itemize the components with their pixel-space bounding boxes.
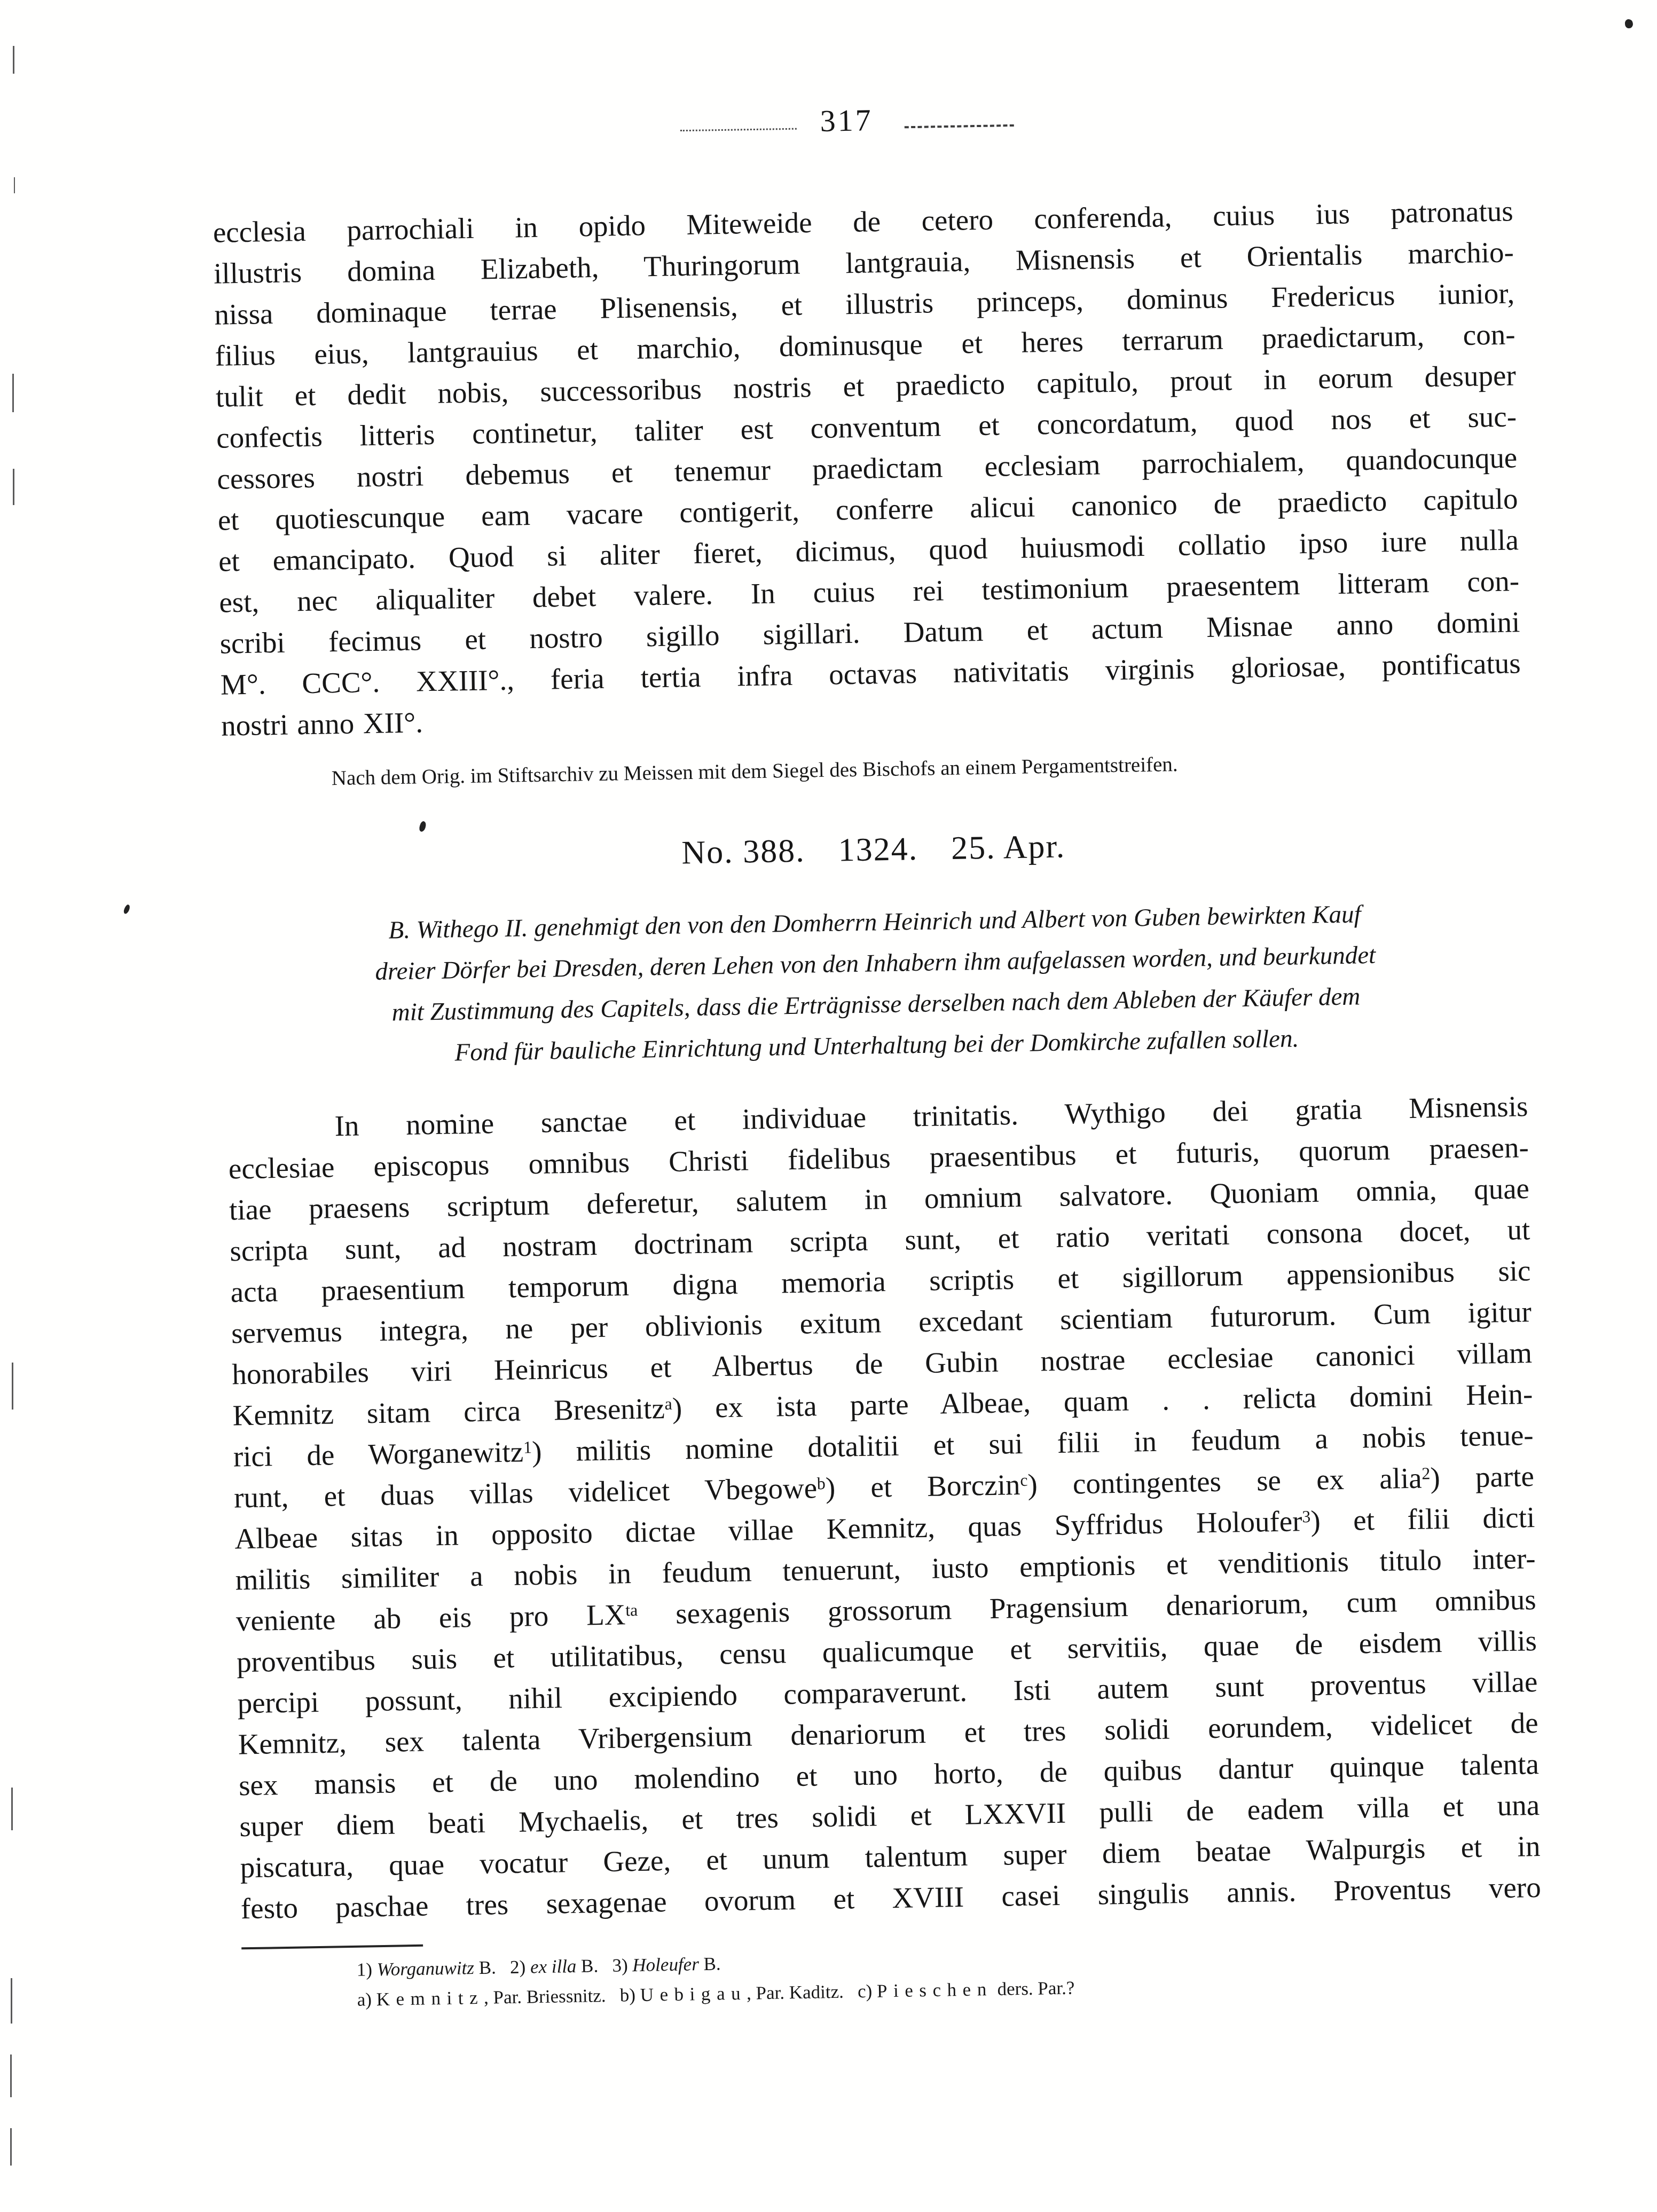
charter-387-continuation: ecclesia parrochiali in opido Miteweide … — [213, 190, 1521, 746]
charter-number: No. 388. — [681, 830, 806, 875]
scan-artifact — [13, 46, 14, 74]
scan-artifact — [123, 904, 131, 915]
scan-artifact — [10, 2128, 12, 2166]
scan-artifact — [13, 469, 14, 505]
footnote-rule — [241, 1945, 423, 1950]
scanned-book-page: 317 ecclesia parrochiali in opido Mitewe… — [0, 0, 1657, 2212]
footnote-ref: c — [1020, 1471, 1028, 1490]
scan-artifact — [11, 1978, 12, 2024]
source-note: Nach dem Orig. im Stiftsarchiv zu Meisse… — [331, 744, 1522, 793]
scan-artifact — [14, 177, 15, 193]
scan-artifact — [12, 1363, 13, 1410]
page-header: 317 — [211, 92, 1512, 148]
footnote-ref: a — [664, 1395, 672, 1413]
charter-heading: No. 388. 1324. 25. Apr. — [223, 817, 1524, 881]
page-number-dash-right — [905, 124, 1014, 128]
footnote-ref: ta — [625, 1601, 638, 1619]
scan-artifact — [11, 1788, 13, 1830]
footnote-ref: 3 — [1302, 1507, 1311, 1526]
footnotes: 1) Worganuwitz B. 2) ex illa B. 3) Holeu… — [356, 1935, 1543, 2015]
scan-artifact — [10, 2054, 12, 2097]
page-number: 317 — [820, 103, 873, 138]
page-content: 317 ecclesia parrochiali in opido Mitewe… — [209, 0, 1543, 2017]
scan-artifact — [12, 374, 14, 412]
scan-artifact — [1625, 19, 1633, 28]
charter-year: 1324. — [838, 828, 918, 871]
footnote-ref: 1 — [523, 1438, 532, 1457]
charter-388-body: In nomine sanctae et individuae trinitat… — [227, 1085, 1541, 1929]
charter-date: 25. Apr. — [951, 825, 1065, 870]
footnote-ref: 2 — [1422, 1464, 1431, 1483]
german-summary: B. Withego II. genehmigt den von den Dom… — [224, 891, 1527, 1077]
footnote-ref: b — [817, 1474, 826, 1493]
page-number-dash-left — [680, 128, 797, 132]
